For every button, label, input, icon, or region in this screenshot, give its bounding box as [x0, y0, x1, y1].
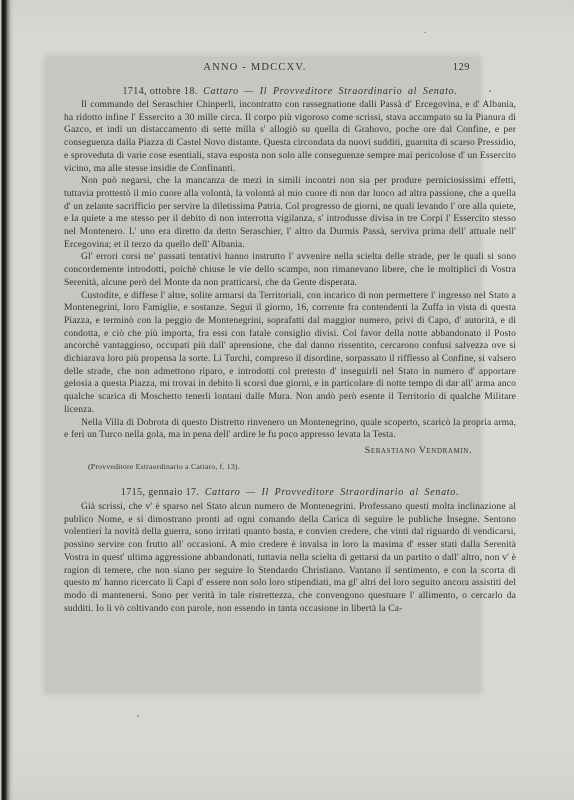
entry-title: Cattaro — Il Provveditore Straordinario …	[203, 86, 457, 97]
running-header-title: ANNO - MDCCXV.	[64, 62, 446, 73]
scan-left-edge-shadow	[0, 0, 14, 800]
entry-date: 1714, ottobre 18.	[123, 86, 198, 97]
paragraph: Custodite, e diffese l' altre, solite ar…	[64, 290, 516, 417]
running-header: ANNO - MDCCXV. 129	[64, 62, 516, 76]
paragraph: Non può negarsi, che la mancanza de mezi…	[64, 175, 516, 251]
entry-date: 1715, gennaio 17.	[121, 487, 199, 498]
scanned-book-page: { "colors": { "paper": "#d8d7d3", "paper…	[0, 0, 574, 800]
entry-1715-gennaio-17: 1715, gennaio 17. Cattaro — Il Provvedit…	[64, 487, 516, 615]
archival-footnote: (Provveditore Estraordinario a Cattaro, …	[88, 462, 516, 471]
paragraph: Il commando del Seraschier Chinperli, in…	[64, 99, 516, 175]
dust-speck	[137, 715, 139, 717]
entry-1714-ottobre-18: 1714, ottobre 18. Cattaro — Il Provvedit…	[64, 86, 516, 471]
entry-heading: 1714, ottobre 18. Cattaro — Il Provvedit…	[64, 86, 516, 97]
paragraph: Nella Villa di Dobrota di questo Distret…	[64, 417, 516, 442]
paragraph: Già scrissi, che v' è sparso nel Stato a…	[64, 501, 516, 615]
page-content: ANNO - MDCCXV. 129 1714, ottobre 18. Cat…	[64, 62, 516, 615]
entry-title: Cattaro — Il Provveditore Straordinario …	[205, 487, 459, 498]
entry-heading: 1715, gennaio 17. Cattaro — Il Provvedit…	[64, 487, 516, 498]
paragraph: Gl' errori corsi ne' passati tentativi h…	[64, 251, 516, 289]
page-number: 129	[453, 62, 470, 73]
dust-speck	[424, 32, 426, 33]
signature: Sebastiano Vendramin.	[64, 445, 516, 456]
